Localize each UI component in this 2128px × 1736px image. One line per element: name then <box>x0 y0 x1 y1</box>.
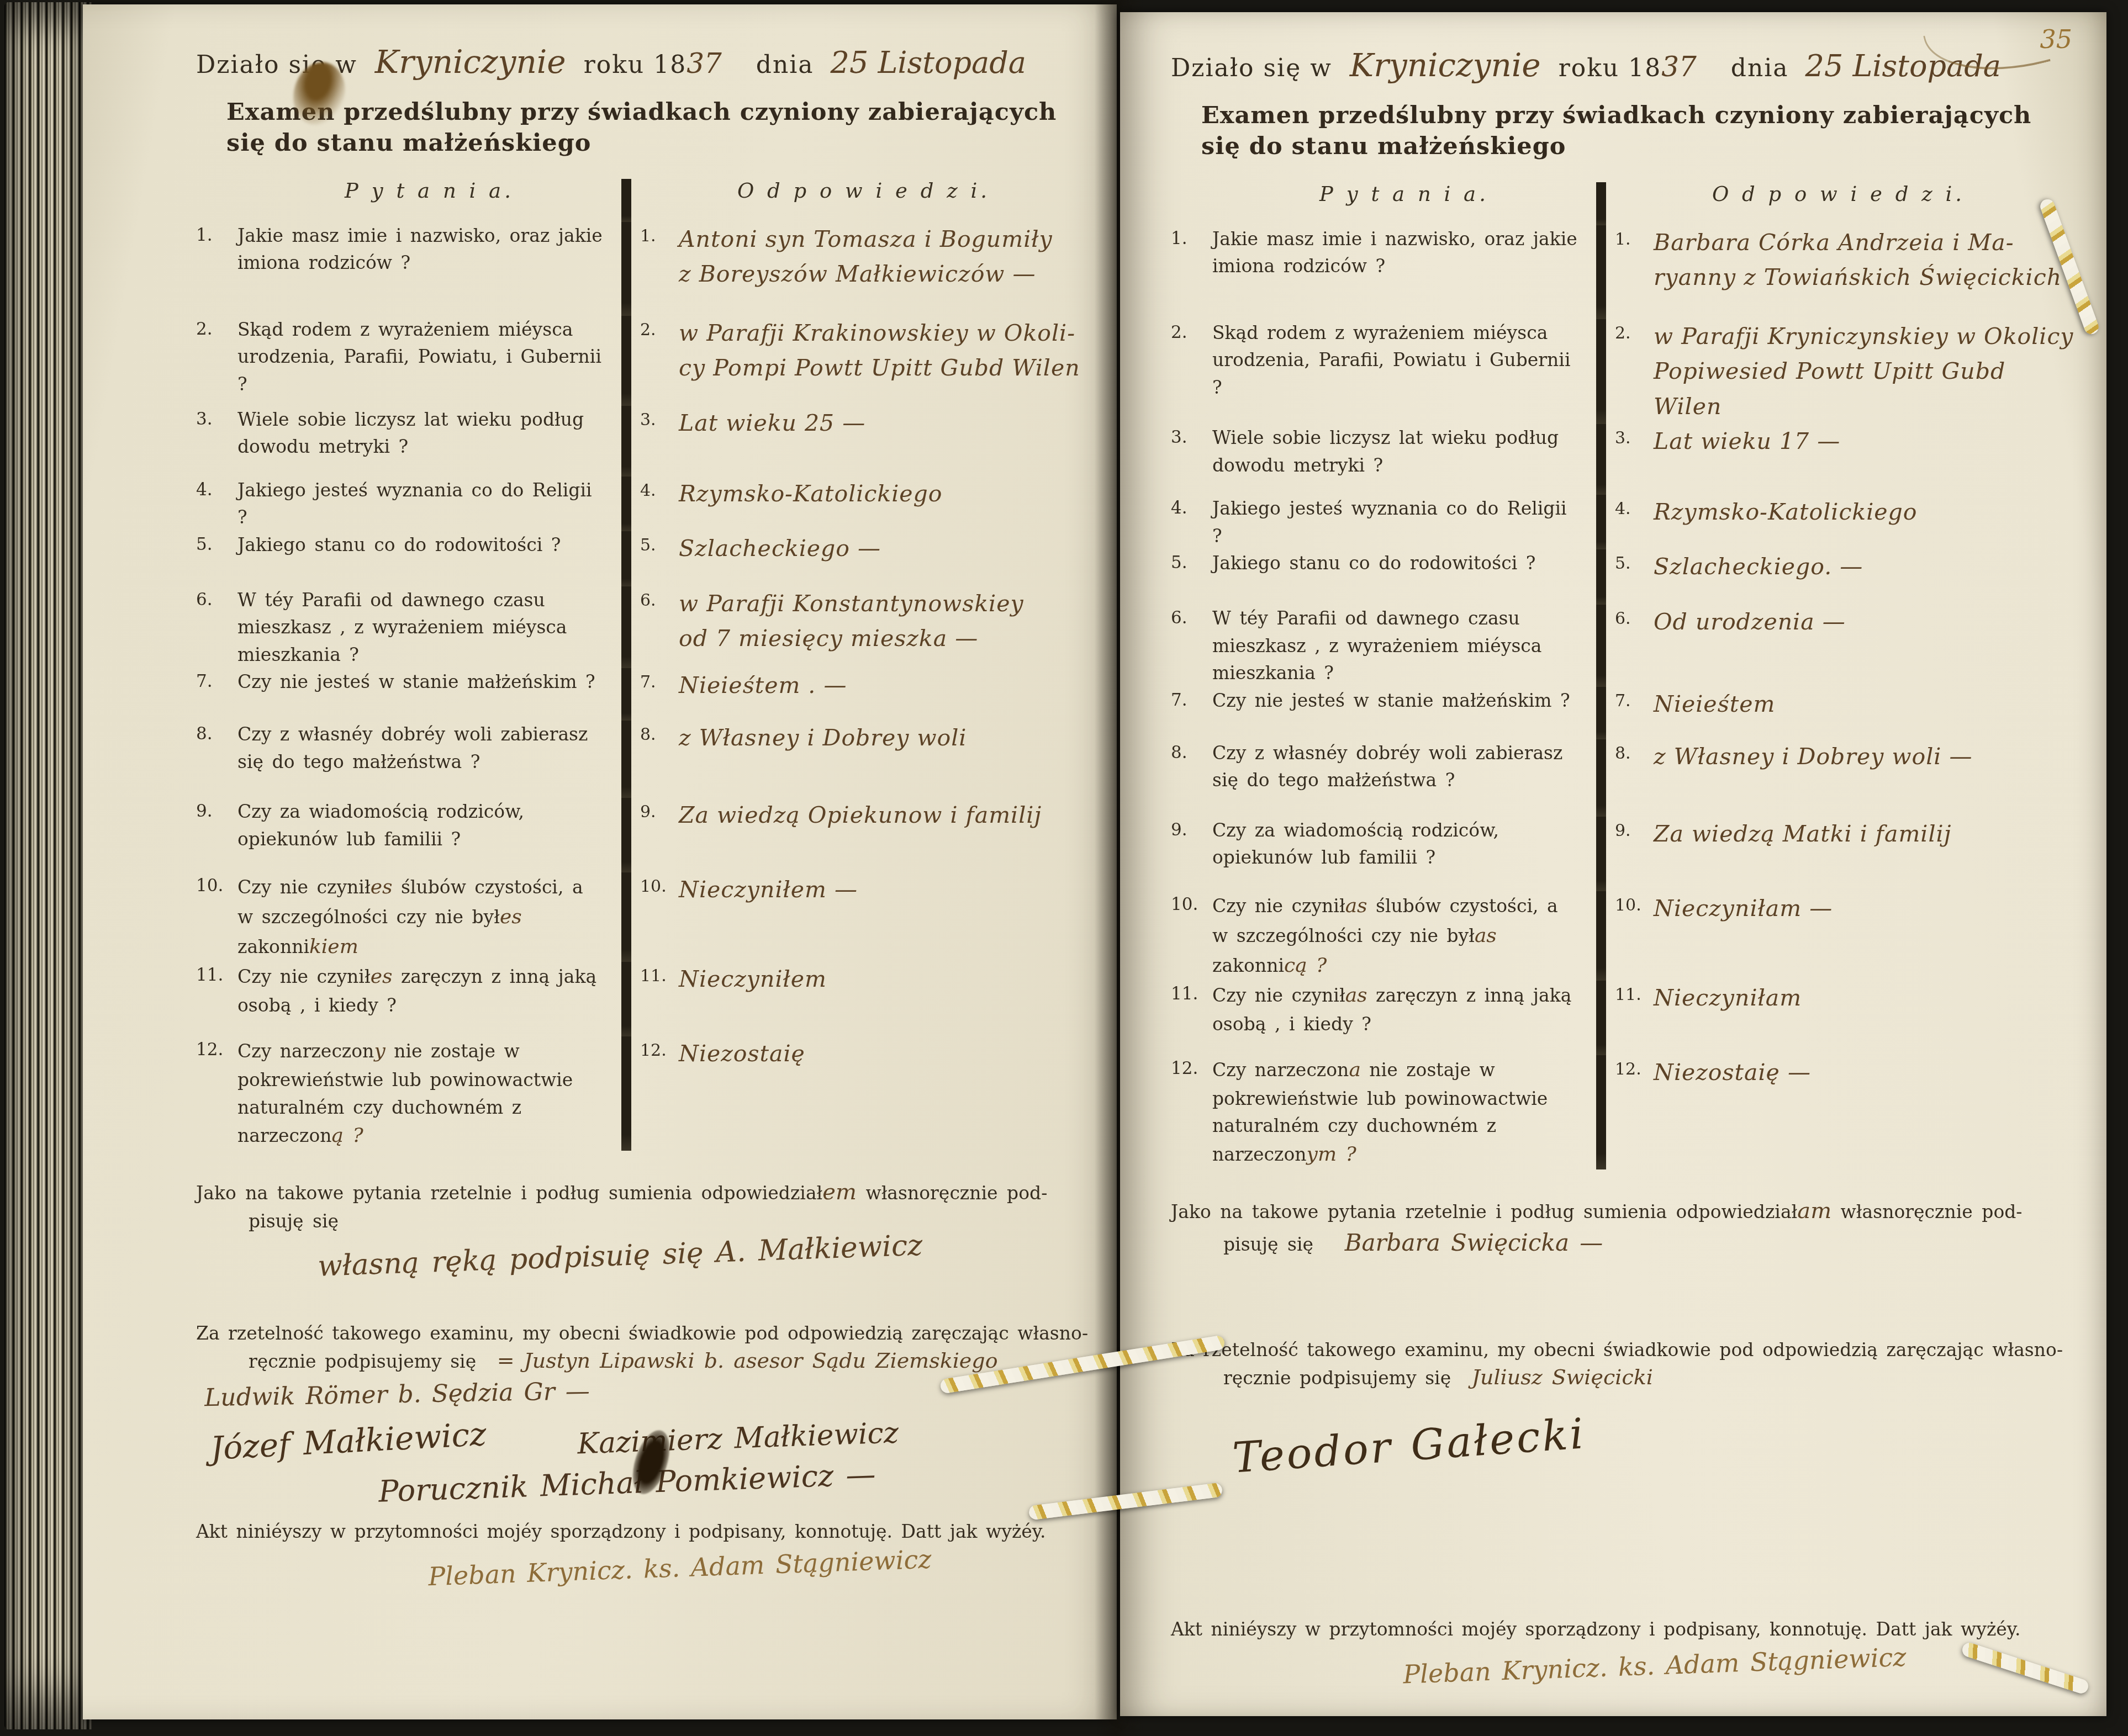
form-title-line2: się do stanu małżeńskiego <box>1201 131 2084 162</box>
column-divider <box>621 477 631 531</box>
question-text: Jakiego stanu co do rodowitości ? <box>237 531 621 586</box>
answer-number: 2. <box>631 316 671 406</box>
question-number: 10. <box>1171 891 1212 981</box>
handwritten-text: es <box>371 876 393 898</box>
printed-text: zakonni <box>1212 955 1284 976</box>
printed-text: Jakiego stanu co do rodowitości ? <box>237 534 561 555</box>
answer-text: Nieczyniłam <box>1646 981 2074 1055</box>
column-divider <box>621 316 631 406</box>
qa-row: 11. Czy nie czyniłes zaręczyn z inną jak… <box>196 962 1100 1036</box>
qa-row: 7. Czy nie jesteś w stanie małżeńskim ? … <box>196 668 1100 721</box>
question-text: Wiele sobie liczysz lat wieku podług dow… <box>237 406 621 477</box>
answer-line: Antoni syn Tomasza i Bogumiły <box>679 222 1099 257</box>
answer-line: Nieczyniłam — <box>1654 891 2074 927</box>
book-scan: Działo się w Kryniczynie roku 1837 dnia … <box>0 0 2128 1736</box>
witness-signature-inline: Juliusz Swięcicki <box>1472 1365 1653 1389</box>
answer-text: w Parafji Kryniczynskiey w OkolicyPopiwe… <box>1646 319 2074 425</box>
answer-line: Nieieśtem . — <box>679 668 1099 703</box>
answer-text: Niezostaię <box>671 1036 1099 1151</box>
answers-column-header: O d p o w i e d z i. <box>1646 182 2074 225</box>
question-text: Jakie masz imie i nazwisko, oraz jakie i… <box>1212 225 1596 319</box>
witness-signature-4: Porucznik Michał Pomkiewicz — <box>378 1449 1100 1509</box>
witness-block-right: Za rzetelność takowego examinu, my obecn… <box>1171 1339 2084 1453</box>
printed-text: Jakiego jesteś wyznania co do Religii ? <box>237 479 592 528</box>
question-number: 4. <box>196 477 237 531</box>
answer-text: Szlacheckiego — <box>671 531 1099 586</box>
form-title-right: Examen przedślubny przy świadkach czynio… <box>1201 100 2084 162</box>
form-title-left: Examen przedślubny przy świadkach czynio… <box>226 97 1100 159</box>
question-number: 8. <box>1171 739 1212 817</box>
printed-text: Wiele sobie liczysz lat wieku podług dow… <box>1212 427 1559 476</box>
answer-line: Za wiedzą Opiekunow i familij <box>679 798 1099 833</box>
handwritten-text: y <box>374 1040 385 1062</box>
place-handwritten: Kryniczynie <box>1350 46 1541 84</box>
answer-text: Niezostaię — <box>1646 1055 2074 1169</box>
question-number: 12. <box>1171 1055 1212 1169</box>
header-roku: roku 18 <box>584 51 687 79</box>
answer-number: 4. <box>631 477 671 531</box>
column-divider <box>621 872 631 962</box>
answer-line: Szlacheckiego — <box>679 531 1099 567</box>
qa-row: 11. Czy nie czyniłas zaręczyn z inną jak… <box>1171 981 2084 1055</box>
answer-line: Nieieśtem <box>1654 687 2074 722</box>
answer-line: z Boreyszów Małkiewiczów — <box>679 257 1099 292</box>
question-number: 6. <box>1171 605 1212 687</box>
answer-line: Lat wieku 17 — <box>1654 424 2074 459</box>
answer-number: 12. <box>631 1036 671 1151</box>
answer-text: Barbara Córka Andrzeia i Ma-ryanny z Tow… <box>1646 225 2074 319</box>
column-divider <box>1596 981 1606 1055</box>
question-number: 7. <box>196 668 237 721</box>
header-roku: roku 18 <box>1559 54 1662 82</box>
qa-row: 5. Jakiego stanu co do rodowitości ? 5. … <box>1171 549 2084 605</box>
header-prefix: Działo się w <box>1171 54 1332 82</box>
question-number: 2. <box>196 316 237 406</box>
question-text: Jakiego jesteś wyznania co do Religii ? <box>237 477 621 531</box>
question-number: 6. <box>196 586 237 669</box>
qa-row: 2. Skąd rodem z wyrażeniem miéysca urodz… <box>1171 319 2084 425</box>
question-number: 3. <box>196 406 237 477</box>
date-handwritten: 25 Listopada <box>831 45 1026 80</box>
notary-statement: Akt niniéyszy w przytomności mojéy sporz… <box>196 1521 1100 1542</box>
question-text: W téy Parafii od dawnego czasu mieszkasz… <box>237 586 621 669</box>
qa-row: 1. Jakie masz imie i nazwisko, oraz jaki… <box>1171 225 2084 319</box>
column-divider <box>1596 687 1606 739</box>
answer-text: Antoni syn Tomasza i Bogumiłyz Boreyszów… <box>671 222 1099 316</box>
answer-text: Nieieśtem . — <box>671 668 1099 721</box>
column-divider <box>621 531 631 586</box>
question-number: 5. <box>196 531 237 586</box>
question-text: Czy nie czyniłes zaręczyn z inną jaką os… <box>237 962 621 1036</box>
qa-row: 12. Czy narzeczona nie zostaje w pokrewi… <box>1171 1055 2084 1169</box>
answer-text: Za wiedzą Matki i familij <box>1646 817 2074 891</box>
header-dnia: dnia <box>756 51 814 79</box>
column-divider <box>621 222 631 316</box>
handwritten-text: as <box>1475 924 1497 947</box>
witness-signature-1: Teodor Gałecki <box>1231 1374 2085 1482</box>
answer-number: 7. <box>1606 687 1646 739</box>
question-number: 11. <box>1171 981 1212 1055</box>
declaration-printed2: własnoręcznie pod- <box>1841 1201 2023 1222</box>
column-divider <box>621 721 631 798</box>
question-number: 9. <box>1171 817 1212 891</box>
column-divider <box>1596 1055 1606 1169</box>
answer-number: 2. <box>1606 319 1646 425</box>
answer-line: Rzymsko-Katolickiego <box>679 477 1099 512</box>
column-divider <box>1596 817 1606 891</box>
qa-row: 6. W téy Parafii od dawnego czasu mieszk… <box>196 586 1100 669</box>
column-divider <box>1596 182 1606 225</box>
answer-line: Za wiedzą Matki i familij <box>1654 817 2074 852</box>
printed-text: Skąd rodem z wyrażeniem miéysca urodzeni… <box>237 319 601 395</box>
question-text: Czy nie czyniłas zaręczyn z inną jaką os… <box>1212 981 1596 1055</box>
qa-column-headers: P y t a n i a. O d p o w i e d z i. <box>196 179 1100 222</box>
witness-statement-line2: ręcznie podpisujemy się = Justyn Lipawsk… <box>249 1348 1100 1373</box>
question-text: Czy nie jesteś w stanie małżeńskim ? <box>1212 687 1596 739</box>
qa-row: 4. Jakiego jesteś wyznania co do Religii… <box>1171 495 2084 549</box>
declaration-left: Jako na takowe pytania rzetelnie i podłu… <box>196 1179 1100 1269</box>
question-text: Czy za wiadomością rodziców, opiekunów l… <box>237 798 621 872</box>
declaration-printed3: pisuję się <box>1223 1234 1313 1255</box>
handwritten-text: kiem <box>309 935 358 958</box>
answer-line: Barbara Córka Andrzeia i Ma- <box>1654 225 2074 261</box>
question-text: Czy nie jesteś w stanie małżeńskim ? <box>237 668 621 721</box>
answer-number: 1. <box>631 222 671 316</box>
answer-number: 7. <box>631 668 671 721</box>
handwritten-text: ą ? <box>332 1124 363 1147</box>
question-text: Czy narzeczony nie zostaje w pokrewieńst… <box>237 1036 621 1151</box>
answer-line: od 7 miesięcy mieszka — <box>679 621 1099 657</box>
answer-text: Lat wieku 25 — <box>671 406 1099 477</box>
handwritten-text: as <box>1345 984 1367 1007</box>
answer-text: w Parafji Krakinowskiey w Okoli-cy Pompi… <box>671 316 1099 406</box>
declaration-line1: Jako na takowe pytania rzetelnie i podłu… <box>196 1179 1100 1205</box>
answer-line: Rzymsko-Katolickiego <box>1654 495 2074 530</box>
question-text: Jakiego jesteś wyznania co do Religii ? <box>1212 495 1596 549</box>
year-handwritten: 37 <box>1661 51 1697 83</box>
answer-line: Nieczyniłem <box>679 962 1099 997</box>
questions-column-header: P y t a n i a. <box>237 179 621 222</box>
spacer <box>1171 182 1212 225</box>
printed-text: Czy nie jesteś w stanie małżeńskim ? <box>237 671 595 692</box>
qa-row: 3. Wiele sobie liczysz lat wieku podług … <box>1171 424 2084 495</box>
question-text: Czy za wiadomością rodziców, opiekunów l… <box>1212 817 1596 891</box>
answer-text: z Własney i Dobrey woli <box>671 721 1099 798</box>
column-divider <box>621 179 631 222</box>
answer-number: 12. <box>1606 1055 1646 1169</box>
answer-text: Szlacheckiego. — <box>1646 549 2074 605</box>
handwritten-text: ym ? <box>1307 1143 1356 1166</box>
handwritten-text: a <box>1349 1058 1360 1081</box>
column-divider <box>1596 605 1606 687</box>
witness-printed: ręcznie podpisujemy się <box>1223 1367 1451 1389</box>
question-text: Czy nie czyniłes ślubów czystości, a w s… <box>237 872 621 962</box>
column-divider <box>621 586 631 669</box>
place-handwritten: Kryniczynie <box>375 43 566 81</box>
handwritten-text: as <box>1345 895 1367 917</box>
page-stack-edges <box>4 2 92 1729</box>
printed-text: Czy nie czynił <box>237 876 371 898</box>
qa-table-right: P y t a n i a. O d p o w i e d z i. 1. J… <box>1171 182 2084 1169</box>
qa-row: 6. W téy Parafii od dawnego czasu mieszk… <box>1171 605 2084 687</box>
printed-text: Czy narzeczon <box>1212 1059 1349 1081</box>
answer-line: Niezostaię <box>679 1036 1099 1072</box>
printed-text: Skąd rodem z wyrażeniem miéysca urodzeni… <box>1212 322 1570 398</box>
column-divider <box>621 962 631 1036</box>
answer-text: Za wiedzą Opiekunow i familij <box>671 798 1099 872</box>
declaration-line2: pisuję się Barbara Swięcicka — <box>1223 1229 2084 1256</box>
question-number: 2. <box>1171 319 1212 425</box>
answer-line: z Własney i Dobrey woli <box>679 721 1099 756</box>
printed-text: Czy za wiadomością rodziców, opiekunów l… <box>1212 819 1499 869</box>
answer-number: 11. <box>1606 981 1646 1055</box>
answer-number: 8. <box>631 721 671 798</box>
printed-text: Czy nie jesteś w stanie małżeńskim ? <box>1212 690 1570 711</box>
priest-signature: Pleban Krynicz. ks. Adam Stągniewicz <box>427 1538 1100 1591</box>
answer-text: Nieczyniłem — <box>671 872 1099 962</box>
notary-block-right: Akt niniéyszy w przytomności mojéy sporz… <box>1171 1618 2084 1677</box>
qa-row: 10. Czy nie czyniłes ślubów czystości, a… <box>196 872 1100 962</box>
printed-text: Czy z własnéy dobréy woli zabierasz się … <box>1212 742 1562 791</box>
printed-text: Czy za wiadomością rodziców, opiekunów l… <box>237 801 524 850</box>
answer-line: z Własney i Dobrey woli — <box>1654 739 2074 775</box>
answer-text: Rzymsko-Katolickiego <box>671 477 1099 531</box>
header-dnia: dnia <box>1731 54 1789 82</box>
witness-statement-line1: Za rzetelność takowego examinu, my obecn… <box>1171 1339 2084 1361</box>
answer-line: Nieczyniłem — <box>679 872 1099 908</box>
answer-text: Nieczyniłam — <box>1646 891 2074 981</box>
qa-row: 5. Jakiego stanu co do rodowitości ? 5. … <box>196 531 1100 586</box>
question-number: 12. <box>196 1036 237 1151</box>
handwritten-text: es <box>500 906 522 928</box>
question-number: 11. <box>196 962 237 1036</box>
qa-row: 3. Wiele sobie liczysz lat wieku podług … <box>196 406 1100 477</box>
notary-block-left: Akt niniéyszy w przytomności mojéy sporz… <box>196 1521 1100 1580</box>
form-title-line1: Examen przedślubny przy świadkach czynio… <box>1201 100 2084 131</box>
qa-row: 4. Jakiego jesteś wyznania co do Religii… <box>196 477 1100 531</box>
answer-number: 3. <box>1606 424 1646 495</box>
answers-column-header: O d p o w i e d z i. <box>671 179 1099 222</box>
question-text: Skąd rodem z wyrażeniem miéysca urodzeni… <box>1212 319 1596 425</box>
question-text: Jakiego stanu co do rodowitości ? <box>1212 549 1596 605</box>
answer-line: cy Pompi Powtt Upitt Gubd Wilen <box>679 351 1099 386</box>
column-divider <box>621 668 631 721</box>
qa-row: 9. Czy za wiadomością rodziców, opiekunó… <box>196 798 1100 872</box>
question-text: W téy Parafii od dawnego czasu mieszkasz… <box>1212 605 1596 687</box>
right-page: 35 Działo się w Kryniczynie roku 1837 dn… <box>1120 12 2106 1716</box>
spacer <box>196 179 237 222</box>
question-number: 1. <box>1171 225 1212 319</box>
handwritten-text: es <box>371 965 393 988</box>
question-text: Jakie masz imie i nazwisko, oraz jakie i… <box>237 222 621 316</box>
answer-text: Od urodzenia — <box>1646 605 2074 687</box>
column-divider <box>1596 495 1606 549</box>
answer-number: 3. <box>631 406 671 477</box>
witness-signature-inline: = Justyn Lipawski b. asesor Sądu Ziemski… <box>497 1348 998 1373</box>
notary-statement: Akt niniéyszy w przytomności mojéy sporz… <box>1171 1618 2084 1640</box>
printed-text: W téy Parafii od dawnego czasu mieszkasz… <box>237 589 567 665</box>
handwritten-text: cą ? <box>1284 954 1327 977</box>
qa-row: 12. Czy narzeczony nie zostaje w pokrewi… <box>196 1036 1100 1151</box>
column-divider <box>1596 225 1606 319</box>
column-divider <box>1596 739 1606 817</box>
question-text: Wiele sobie liczysz lat wieku podług dow… <box>1212 424 1596 495</box>
qa-column-headers: P y t a n i a. O d p o w i e d z i. <box>1171 182 2084 225</box>
spacer <box>1606 182 1646 225</box>
column-divider <box>1596 319 1606 425</box>
answer-text: z Własney i Dobrey woli — <box>1646 739 2074 817</box>
printed-text: Jakiego jesteś wyznania co do Religii ? <box>1212 497 1567 547</box>
printed-text: Jakie masz imie i nazwisko, oraz jakie i… <box>237 225 603 274</box>
question-number: 1. <box>196 222 237 316</box>
answer-line: w Parafji Kryniczynskiey w Okolicy <box>1654 319 2074 354</box>
question-text: Czy narzeczona nie zostaje w pokrewieńst… <box>1212 1055 1596 1169</box>
answer-line: Niezostaię — <box>1654 1055 2074 1091</box>
question-number: 8. <box>196 721 237 798</box>
question-number: 5. <box>1171 549 1212 605</box>
questions-column-header: P y t a n i a. <box>1212 182 1596 225</box>
question-number: 4. <box>1171 495 1212 549</box>
form-title-line1: Examen przedślubny przy świadkach czynio… <box>226 97 1100 128</box>
answer-number: 5. <box>631 531 671 586</box>
form-title-line2: się do stanu małżeńskiego <box>226 128 1100 159</box>
column-divider <box>621 406 631 477</box>
answer-number: 1. <box>1606 225 1646 319</box>
printed-text: Wiele sobie liczysz lat wieku podług dow… <box>237 409 584 458</box>
answer-number: 8. <box>1606 739 1646 817</box>
printed-text: Czy z własnéy dobréy woli zabierasz się … <box>237 723 588 772</box>
answer-number: 6. <box>1606 605 1646 687</box>
qa-row: 2. Skąd rodem z wyrażeniem miéysca urodz… <box>196 316 1100 406</box>
answer-line: w Parafji Krakinowskiey w Okoli- <box>679 316 1099 351</box>
answer-line: Nieczyniłam <box>1654 981 2074 1016</box>
answer-number: 5. <box>1606 549 1646 605</box>
answer-line: w Parafji Konstantynowskiey <box>679 586 1099 622</box>
qa-row: 7. Czy nie jesteś w stanie małżeńskim ? … <box>1171 687 2084 739</box>
declaration-line1: Jako na takowe pytania rzetelnie i podłu… <box>1171 1198 2084 1224</box>
qa-row: 10. Czy nie czyniłas ślubów czystości, a… <box>1171 891 2084 981</box>
declaration-printed: Jako na takowe pytania rzetelnie i podłu… <box>196 1182 822 1204</box>
question-number: 3. <box>1171 424 1212 495</box>
printed-text: Czy nie czynił <box>1212 985 1345 1006</box>
answer-number: 9. <box>1606 817 1646 891</box>
qa-row: 8. Czy z własnéy dobréy woli zabierasz s… <box>1171 739 2084 817</box>
question-number: 9. <box>196 798 237 872</box>
answer-text: Rzymsko-Katolickiego <box>1646 495 2074 549</box>
qa-row: 9. Czy za wiadomością rodziców, opiekunó… <box>1171 817 2084 891</box>
answer-text: Nieczyniłem <box>671 962 1099 1036</box>
answer-line: Popiwesied Powtt Upitt Gubd Wilen <box>1654 354 2074 424</box>
question-text: Skąd rodem z wyrażeniem miéysca urodzeni… <box>237 316 621 406</box>
declaration-printed: Jako na takowe pytania rzetelnie i podłu… <box>1171 1201 1797 1222</box>
left-page: Działo się w Kryniczynie roku 1837 dnia … <box>83 4 1117 1719</box>
question-text: Czy z własnéy dobréy woli zabierasz się … <box>237 721 621 798</box>
answer-number: 10. <box>631 872 671 962</box>
priest-signature: Pleban Krynicz. ks. Adam Stągniewicz <box>1402 1636 2084 1689</box>
column-divider <box>1596 891 1606 981</box>
qa-row: 1. Jakie masz imie i nazwisko, oraz jaki… <box>196 222 1100 316</box>
answer-number: 10. <box>1606 891 1646 981</box>
printed-text: Czy nie czynił <box>1212 895 1345 917</box>
answer-number: 9. <box>631 798 671 872</box>
witness-statement-line1: Za rzetelność takowego examinu, my obecn… <box>196 1322 1100 1344</box>
answer-line: Od urodzenia — <box>1654 605 2074 640</box>
printed-text: W téy Parafii od dawnego czasu mieszkasz… <box>1212 607 1542 684</box>
answer-number: 11. <box>631 962 671 1036</box>
question-number: 10. <box>196 872 237 962</box>
question-text: Czy z własnéy dobréy woli zabierasz się … <box>1212 739 1596 817</box>
column-divider <box>1596 549 1606 605</box>
declaration-suffix-handwritten: am <box>1797 1198 1831 1224</box>
column-divider <box>621 1036 631 1151</box>
spacer <box>631 179 671 222</box>
answer-number: 4. <box>1606 495 1646 549</box>
qa-table-left: P y t a n i a. O d p o w i e d z i. 1. J… <box>196 179 1100 1151</box>
printed-text: Czy narzeczon <box>237 1040 374 1062</box>
answer-text: Lat wieku 17 — <box>1646 424 2074 495</box>
printed-text: Czy nie czynił <box>237 966 371 987</box>
bride-signature: Barbara Swięcicka — <box>1345 1229 1603 1256</box>
answer-text: Nieieśtem <box>1646 687 2074 739</box>
answer-text: w Parafji Konstantynowskieyod 7 miesięcy… <box>671 586 1099 669</box>
printed-text: Jakie masz imie i nazwisko, oraz jakie i… <box>1212 228 1577 277</box>
question-text: Czy nie czyniłas ślubów czystości, a w s… <box>1212 891 1596 981</box>
question-number: 7. <box>1171 687 1212 739</box>
answer-line: ryanny z Towiańskich Święcickich <box>1654 260 2074 295</box>
answer-number: 6. <box>631 586 671 669</box>
answer-line: Lat wieku 25 — <box>679 406 1099 441</box>
declaration-printed2: własnoręcznie pod- <box>865 1182 1047 1204</box>
printed-text: Jakiego stanu co do rodowitości ? <box>1212 552 1535 574</box>
declaration-suffix-handwritten: em <box>822 1179 857 1205</box>
column-divider <box>1596 424 1606 495</box>
qa-row: 8. Czy z własnéy dobréy woli zabierasz s… <box>196 721 1100 798</box>
witness-printed: ręcznie podpisujemy się <box>249 1351 476 1372</box>
column-divider <box>621 798 631 872</box>
printed-text: zakonni <box>237 936 309 957</box>
answer-line: Szlacheckiego. — <box>1654 549 2074 585</box>
year-handwritten: 37 <box>687 47 722 80</box>
declaration-right: Jako na takowe pytania rzetelnie i podłu… <box>1171 1198 2084 1256</box>
